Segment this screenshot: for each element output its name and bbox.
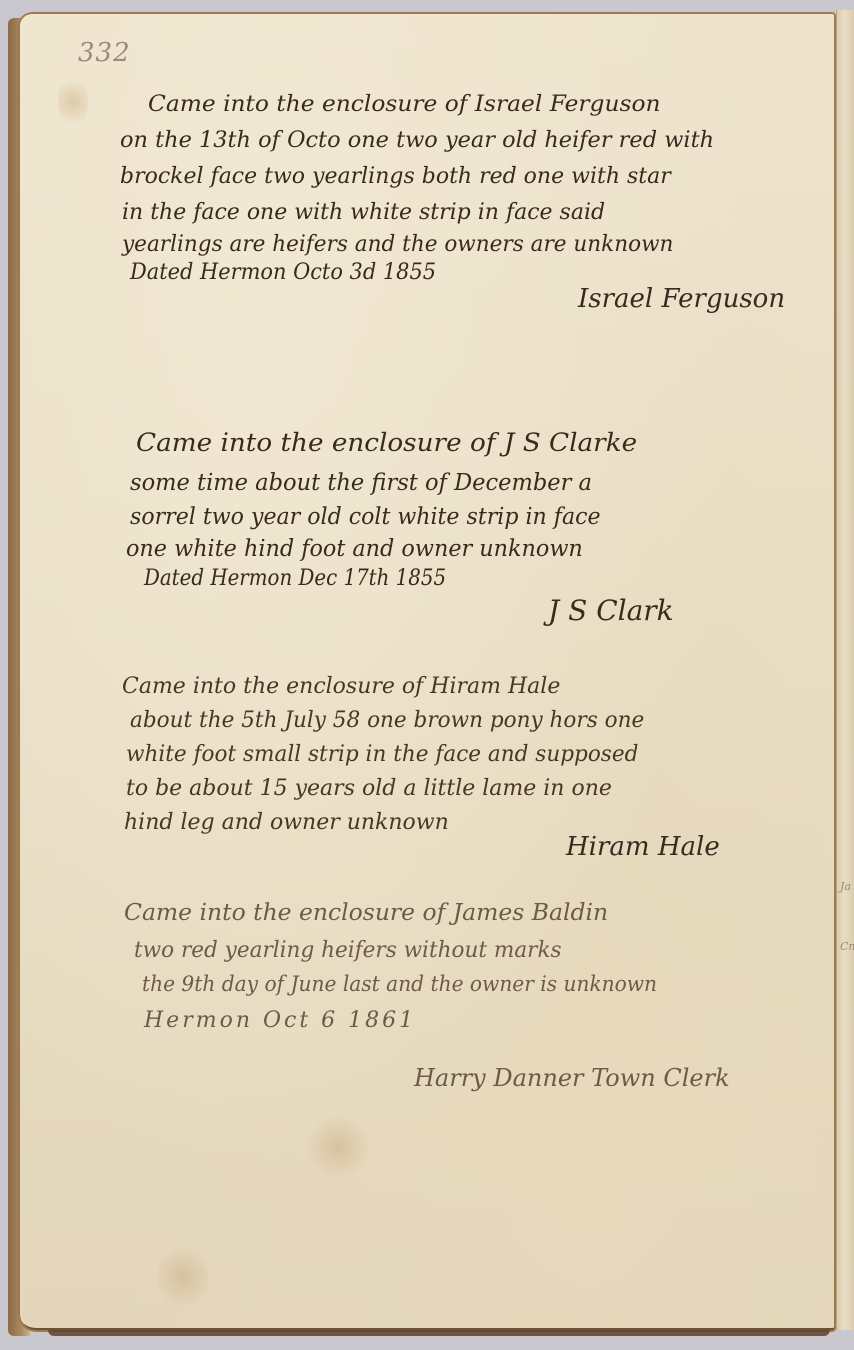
next-page-edge [836,10,854,1330]
entry-line: Came into the enclosure of James Baldin [124,902,608,925]
entry-line: brockel face two yearlings both red one … [120,166,671,188]
entry-line: white foot small strip in the face and s… [126,744,638,766]
entry-date: Dated Hermon Octo 3d 1855 [130,262,436,284]
entry-line: some time about the first of December a [130,472,592,495]
signature: Israel Ferguson [578,284,785,314]
entry-line: yearlings are heifers and the owners are… [122,234,673,256]
paper-stain [158,1242,208,1312]
entry-line: Came into the enclosure of Israel Fergus… [148,94,661,116]
paper-stain [58,72,88,132]
entry-line: sorrel two year old colt white strip in … [130,506,601,529]
entry-date: Hermon Oct 6 1861 [144,1010,416,1032]
entry-line: hind leg and owner unknown [124,812,449,834]
entry-line: one white hind foot and owner unknown [126,538,583,561]
entry-date: Dated Hermon Dec 17th 1855 [144,568,446,590]
entry-line: the 9th day of June last and the owner i… [142,974,657,995]
signature: J S Clark [548,594,674,627]
entry-line: in the face one with white strip in face… [122,202,605,224]
entry-line: on the 13th of Octo one two year old hei… [120,130,714,152]
signature: Hiram Hale [566,832,720,862]
entry-line: to be about 15 years old a little lame i… [126,778,612,800]
entry-line: Came into the enclosure of Hiram Hale [122,676,560,698]
entry-line: Came into the enclosure of J S Clarke [136,430,637,455]
entry-line: about the 5th July 58 one brown pony hor… [130,710,644,732]
edge-ink-fragment: Ja [840,880,851,893]
page-number: 332 [78,38,131,68]
paper-stain [308,1112,368,1182]
signature: Harry Danner Town Clerk [414,1064,730,1092]
entry-line: two red yearling heifers without marks [134,940,562,962]
ledger-page: 332 Came into the enclosure of Israel Fe… [18,12,836,1332]
edge-ink-fragment: Cn [840,940,854,953]
